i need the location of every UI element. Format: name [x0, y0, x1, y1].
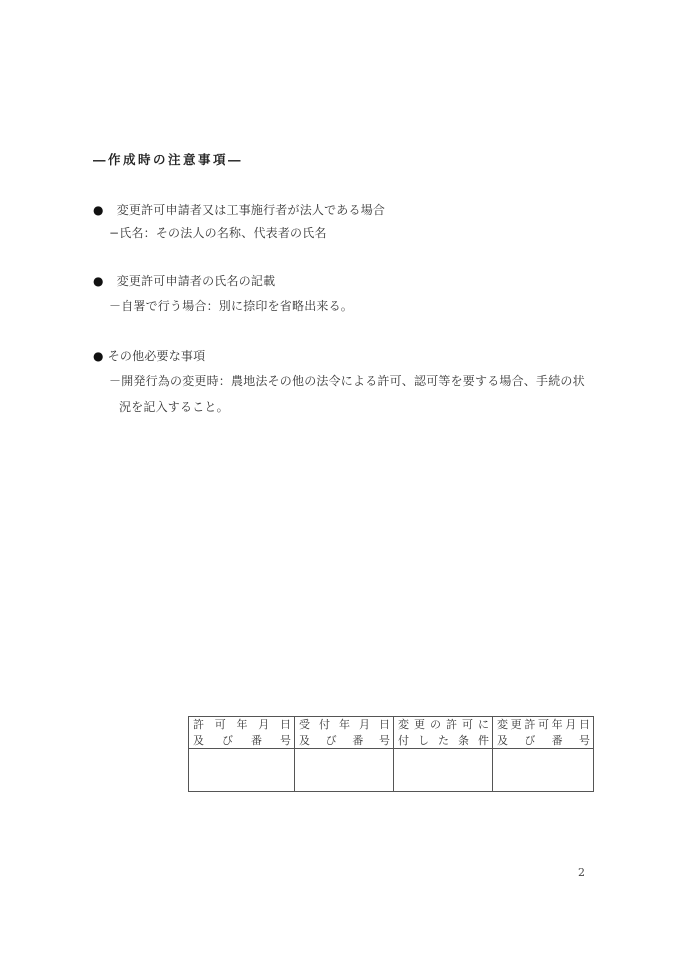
- header-change-permit-date-number: 変更許可年月日 及び番号: [493, 717, 594, 749]
- notes-heading: ―作成時の注意事項―: [93, 150, 243, 168]
- bullet-icon: ●: [93, 274, 104, 288]
- table-row: [189, 749, 594, 792]
- cell-change-permit-date-number[interactable]: [493, 749, 594, 792]
- cell-permit-date-number[interactable]: [189, 749, 295, 792]
- bullet-icon: ●: [93, 203, 104, 217]
- bullet-icon: ●: [93, 349, 104, 363]
- table-header-row: 許可年月日 及び番号 受付年月日 及び番号 変更の許可に 付した条件 変更許: [189, 717, 594, 749]
- page-number: 2: [578, 866, 585, 879]
- section-1-title: 変更許可申請者又は工事施行者が法人である場合: [117, 203, 385, 217]
- header-permit-date-number: 許可年月日 及び番号: [189, 717, 295, 749]
- section-3-title-row: ● その他必要な事項: [93, 347, 205, 364]
- section-3-title: その他必要な事項: [108, 349, 206, 363]
- section-2-line-1: －自署で行う場合：別に捺印を省略出来る。: [109, 297, 353, 314]
- cell-change-permit-conditions[interactable]: [394, 749, 493, 792]
- section-1-line-1: −氏名：その法人の名称、代表者の氏名: [109, 224, 327, 241]
- section-2-title: 変更許可申請者の氏名の記載: [117, 274, 276, 288]
- header-change-permit-conditions: 変更の許可に 付した条件: [394, 717, 493, 749]
- section-3-line-1: －開発行為の変更時：農地法その他の法令による許可、認可等を要する場合、手続の状: [109, 372, 585, 389]
- approval-record-table: 許可年月日 及び番号 受付年月日 及び番号 変更の許可に 付した条件 変更許: [188, 716, 594, 792]
- section-3-line-2: 況を記入すること。: [119, 398, 229, 415]
- cell-receipt-date-number[interactable]: [295, 749, 394, 792]
- section-1-title-row: ● 変更許可申請者又は工事施行者が法人である場合: [93, 201, 385, 218]
- section-2-title-row: ● 変更許可申請者の氏名の記載: [93, 272, 275, 289]
- header-receipt-date-number: 受付年月日 及び番号: [295, 717, 394, 749]
